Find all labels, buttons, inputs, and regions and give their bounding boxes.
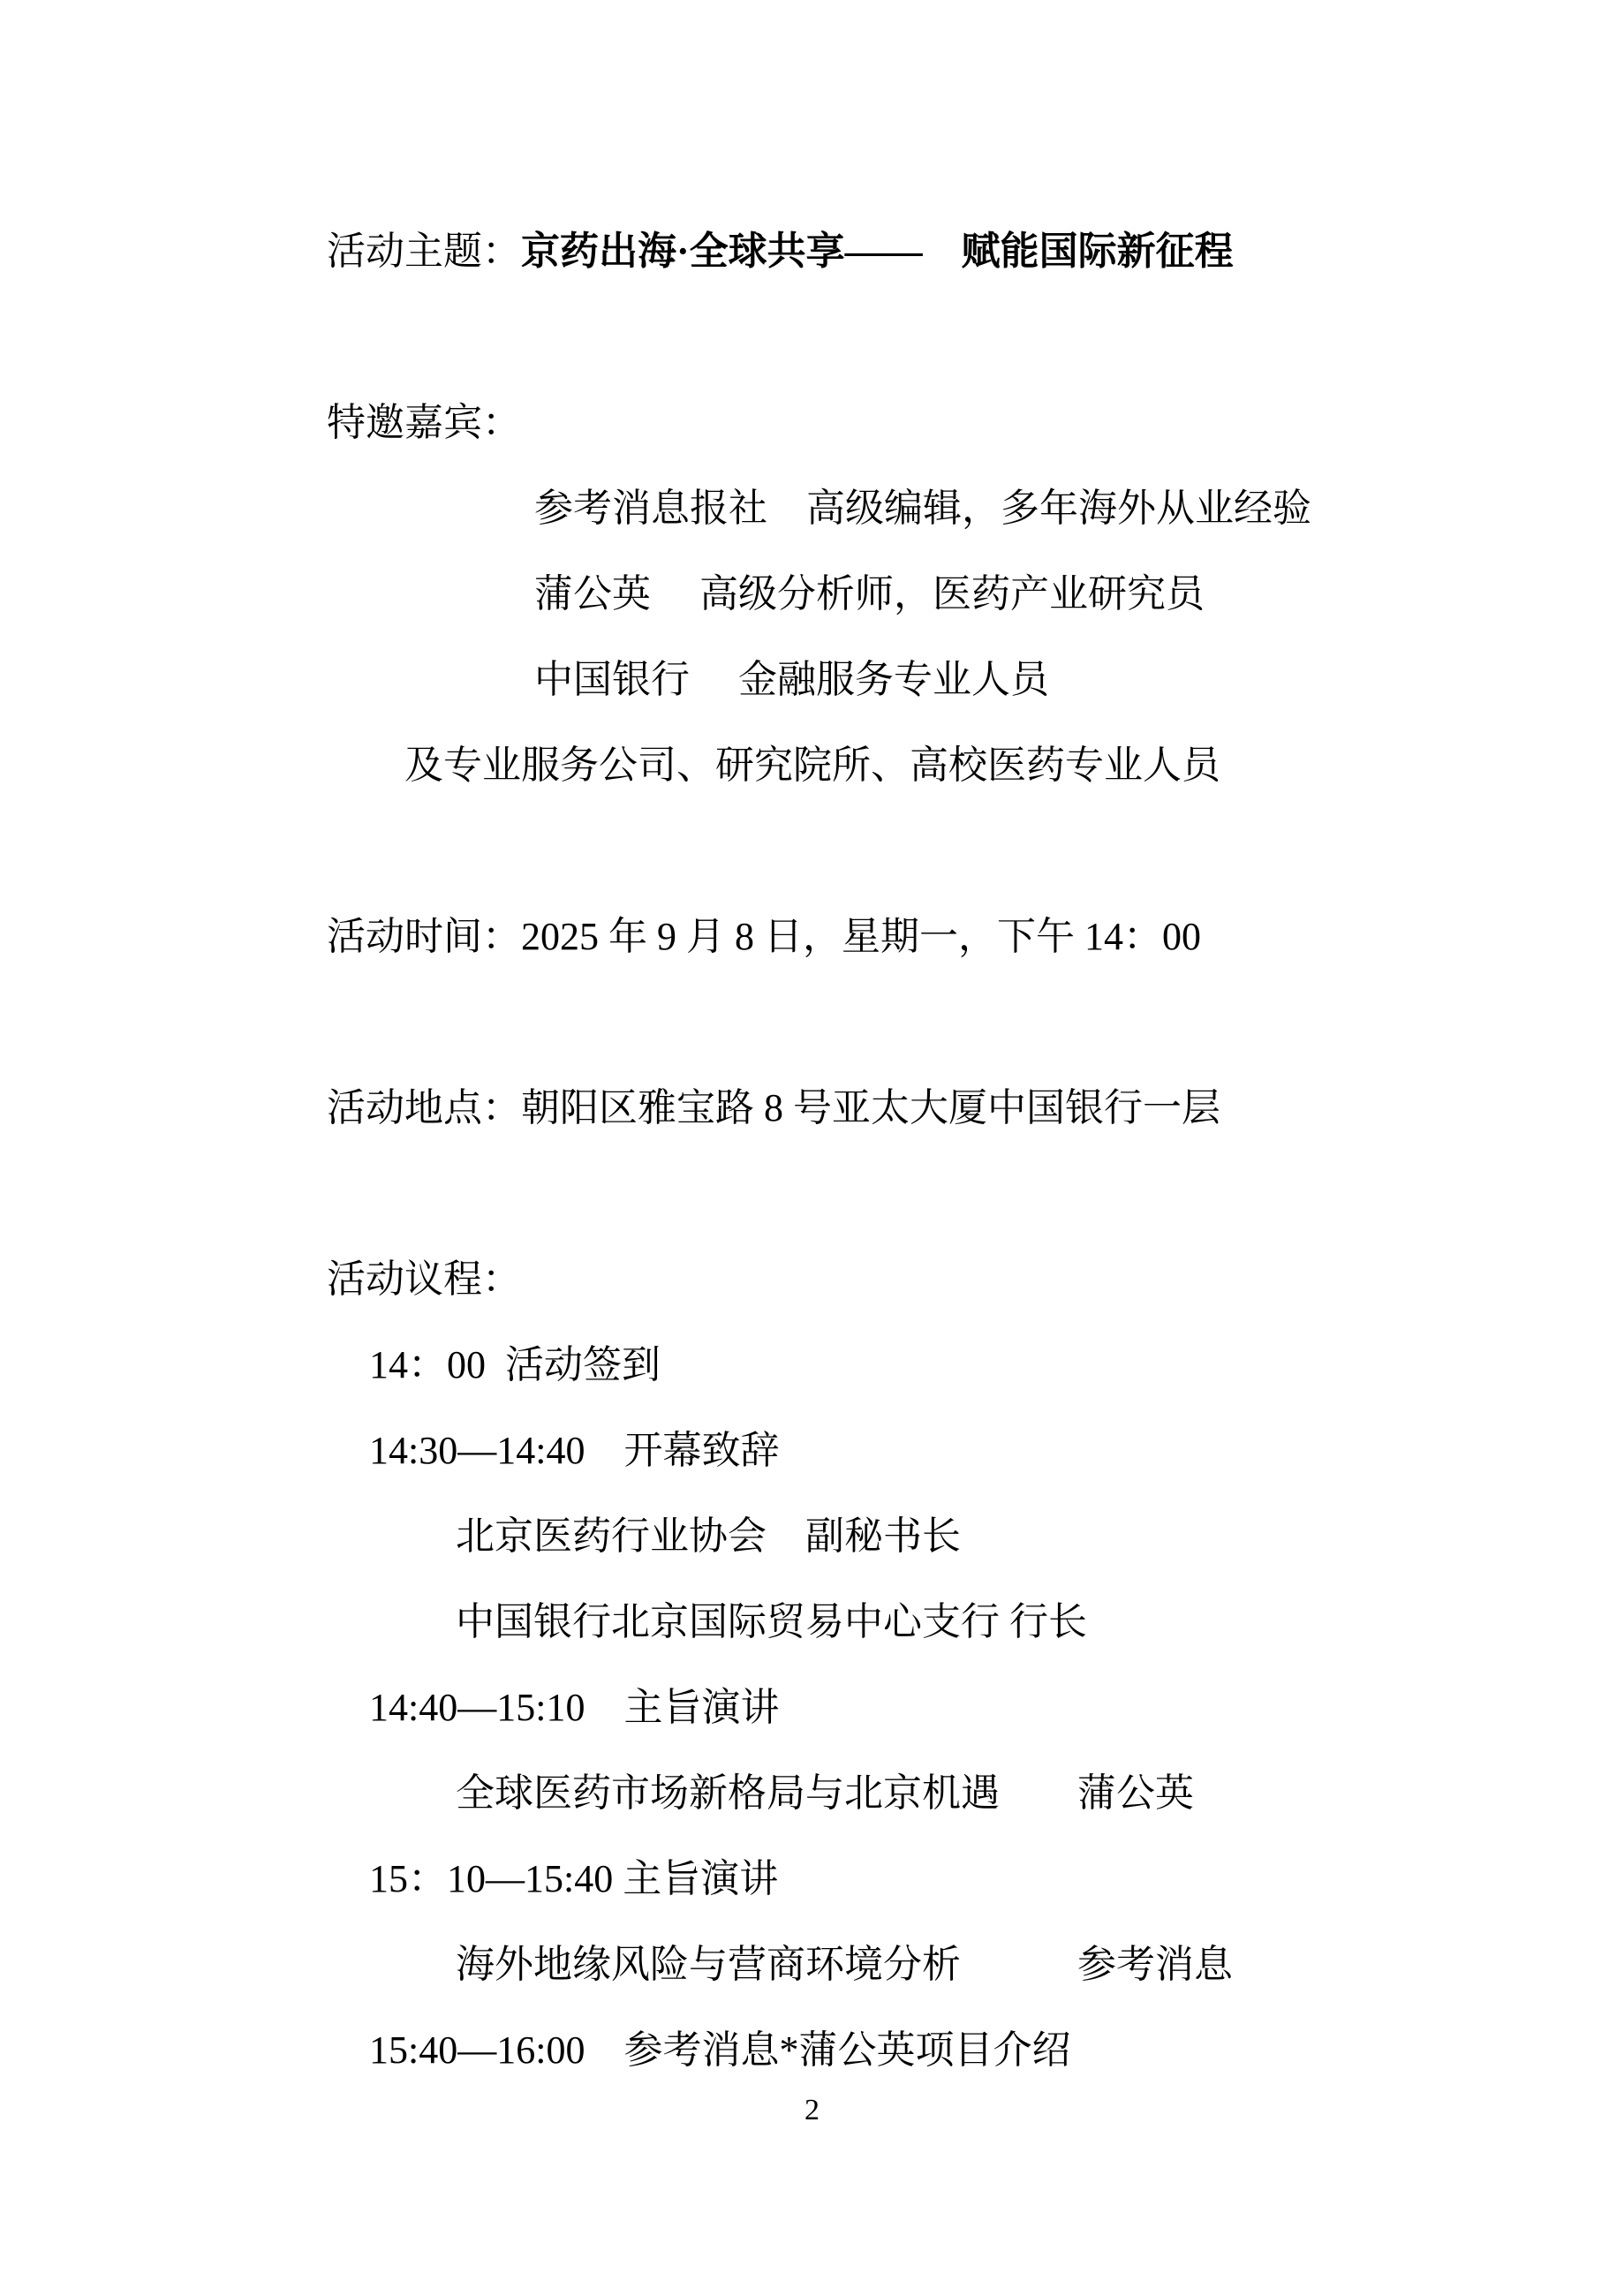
agenda-time-line: 15:40—16:00 参考消息*蒲公英项目介绍 [369, 2007, 1624, 2093]
agenda-speaker-line: 海外地缘风险与营商环境分析 参考消息 [456, 1922, 1624, 2007]
agenda-speaker-line: 北京医药行业协会 副秘书长 [456, 1493, 1624, 1579]
theme-label: 活动主题： [327, 230, 521, 273]
document-page: 活动主题：京药出海·全球共享—— 赋能国际新征程 特邀嘉宾： 参考消息报社 高级… [0, 0, 1624, 2296]
agenda-time-line: 14：00 活动签到 [369, 1322, 1624, 1408]
event-location-line: 活动地点：朝阳区雅宝路 8 号亚太大厦中国银行一层 [327, 1065, 1624, 1151]
guest-line: 中国银行 金融服务专业人员 [534, 637, 1624, 722]
guest-line: 参考消息报社 高级编辑，多年海外从业经验 [534, 465, 1624, 551]
agenda-speaker-line: 中国银行北京国际贸易中心支行 行长 [456, 1579, 1624, 1665]
guest-line: 蒲公英 高级分析师，医药产业研究员 [534, 551, 1624, 637]
page-number: 2 [0, 2091, 1624, 2130]
event-time-line: 活动时间：2025 年 9 月 8 日，星期一，下午 14：00 [327, 894, 1624, 979]
theme-title: 京药出海·全球共享—— 赋能国际新征程 [521, 230, 1234, 273]
agenda-time-line: 14:30—14:40 开幕致辞 [369, 1408, 1624, 1493]
agenda-time-line: 15：10—15:40 主旨演讲 [369, 1836, 1624, 1922]
theme-line: 活动主题：京药出海·全球共享—— 赋能国际新征程 [327, 208, 1624, 294]
guests-heading: 特邀嘉宾： [327, 380, 1624, 465]
agenda-speaker-line: 全球医药市场新格局与北京机遇 蒲公英 [456, 1750, 1624, 1836]
agenda-heading: 活动议程： [327, 1236, 1624, 1322]
agenda-time-line: 14:40—15:10 主旨演讲 [369, 1665, 1624, 1750]
guest-scope-line: 及专业服务公司、研究院所、高校医药专业人员 [404, 722, 1624, 808]
